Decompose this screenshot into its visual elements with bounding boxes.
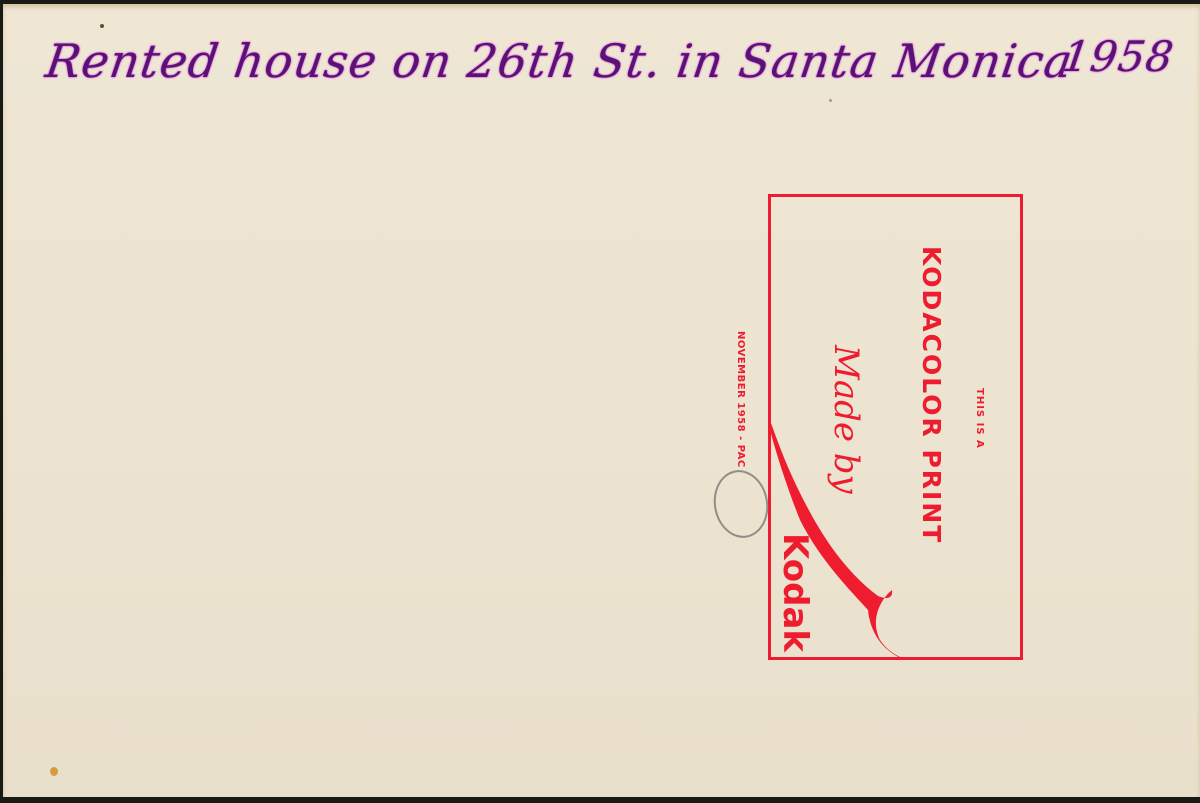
stamp-line-kodacolor-print: KODACOLOR PRINT (917, 246, 946, 544)
stamp-line-this-is-a: THIS IS A (974, 388, 985, 449)
stamp-line-made-by: Made by (826, 345, 866, 494)
stamp-side-date: NOVEMBER 1958 - PAC (735, 331, 746, 468)
kodak-curl-logo-icon (0, 0, 1200, 803)
stamp-line-kodak: Kodak (775, 533, 815, 652)
